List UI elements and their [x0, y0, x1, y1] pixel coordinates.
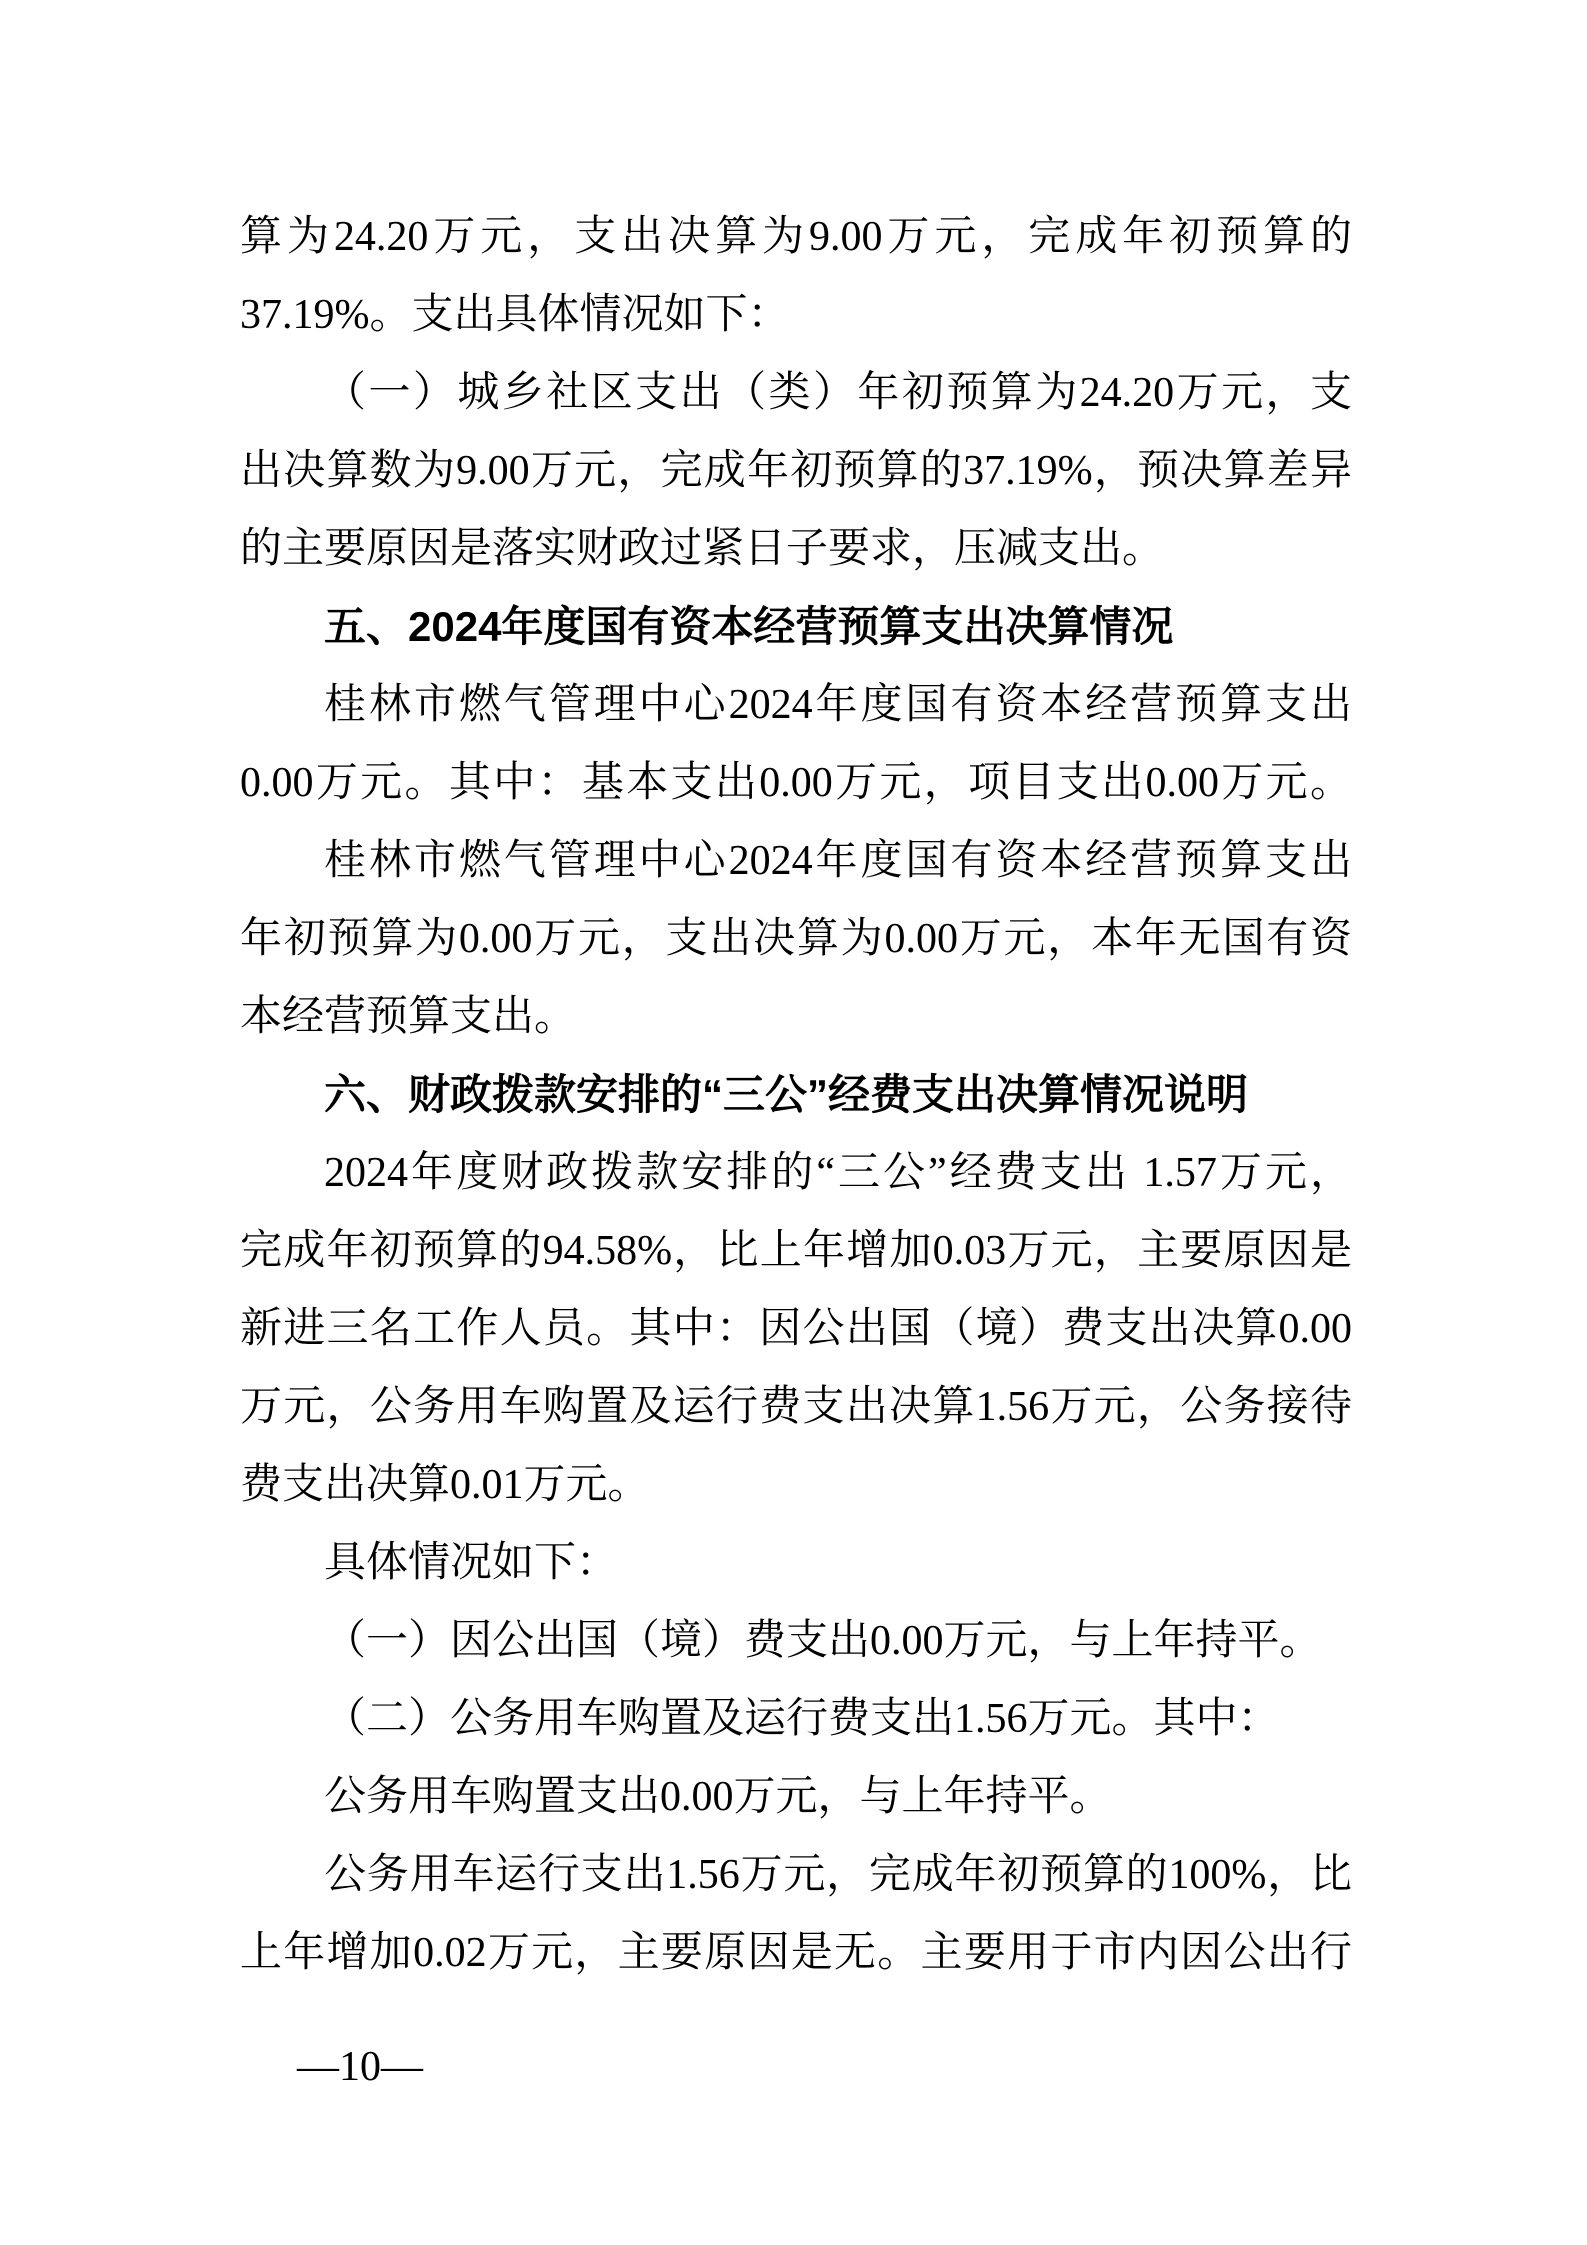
para-soe-budget2-line-1: 桂林市燃气管理中心2024年度国有资本经营预算支出	[240, 822, 1352, 900]
para-soe-budget2-line-2: 年初预算为0.00万元，支出决算为0.00万元，本年无国有资	[240, 900, 1352, 978]
para-three-public-line-4: 万元，公务用车购置及运行费支出决算1.56万元，公务接待	[240, 1368, 1352, 1446]
para-overview-line-1: 算为24.20万元，支出决算为9.00万元，完成年初预算的	[240, 198, 1352, 276]
para-three-public-line-5: 费支出决算0.01万元。	[240, 1446, 1352, 1524]
para-item-1-abroad: （一）因公出国（境）费支出0.00万元，与上年持平。	[240, 1602, 1352, 1680]
para-soe-budget-line-2: 0.00万元。其中：基本支出0.00万元，项目支出0.00万元。	[240, 744, 1352, 822]
para-urban-rural-line-3: 的主要原因是落实财政过紧日子要求，压减支出。	[240, 510, 1352, 588]
para-three-public-line-3: 新进三名工作人员。其中：因公出国（境）费支出决算0.00	[240, 1290, 1352, 1368]
page-number: —10—	[297, 2044, 423, 2090]
page-footer: —10—	[297, 2028, 423, 2106]
para-soe-budget-line-1: 桂林市燃气管理中心2024年度国有资本经营预算支出	[240, 666, 1352, 744]
document-content: 算为24.20万元，支出决算为9.00万元，完成年初预算的37.19%。支出具体…	[240, 198, 1352, 1992]
para-vehicle-operation-line-2: 上年增加0.02万元，主要原因是无。主要用于市内因公出行	[240, 1914, 1352, 1992]
para-three-public-line-1: 2024年度财政拨款安排的“三公”经费支出 1.57万元，	[240, 1134, 1352, 1212]
para-three-public-line-2: 完成年初预算的94.58%，比上年增加0.03万元，主要原因是	[240, 1212, 1352, 1290]
para-item-2-vehicle: （二）公务用车购置及运行费支出1.56万元。其中：	[240, 1680, 1352, 1758]
para-soe-budget2-line-3: 本经营预算支出。	[240, 978, 1352, 1056]
heading-section-5: 五、2024年度国有资本经营预算支出决算情况	[240, 588, 1352, 666]
para-vehicle-purchase: 公务用车购置支出0.00万元，与上年持平。	[240, 1758, 1352, 1836]
para-urban-rural-line-2: 出决算数为9.00万元，完成年初预算的37.19%，预决算差异	[240, 432, 1352, 510]
para-urban-rural-line-1: （一）城乡社区支出（类）年初预算为24.20万元，支	[240, 354, 1352, 432]
para-details-intro: 具体情况如下：	[240, 1524, 1352, 1602]
para-overview-line-2: 37.19%。支出具体情况如下：	[240, 276, 1352, 354]
para-vehicle-operation-line-1: 公务用车运行支出1.56万元，完成年初预算的100%，比	[240, 1836, 1352, 1914]
heading-section-6: 六、财政拨款安排的“三公”经费支出决算情况说明	[240, 1056, 1352, 1134]
document-page: 算为24.20万元，支出决算为9.00万元，完成年初预算的37.19%。支出具体…	[0, 0, 1587, 2245]
